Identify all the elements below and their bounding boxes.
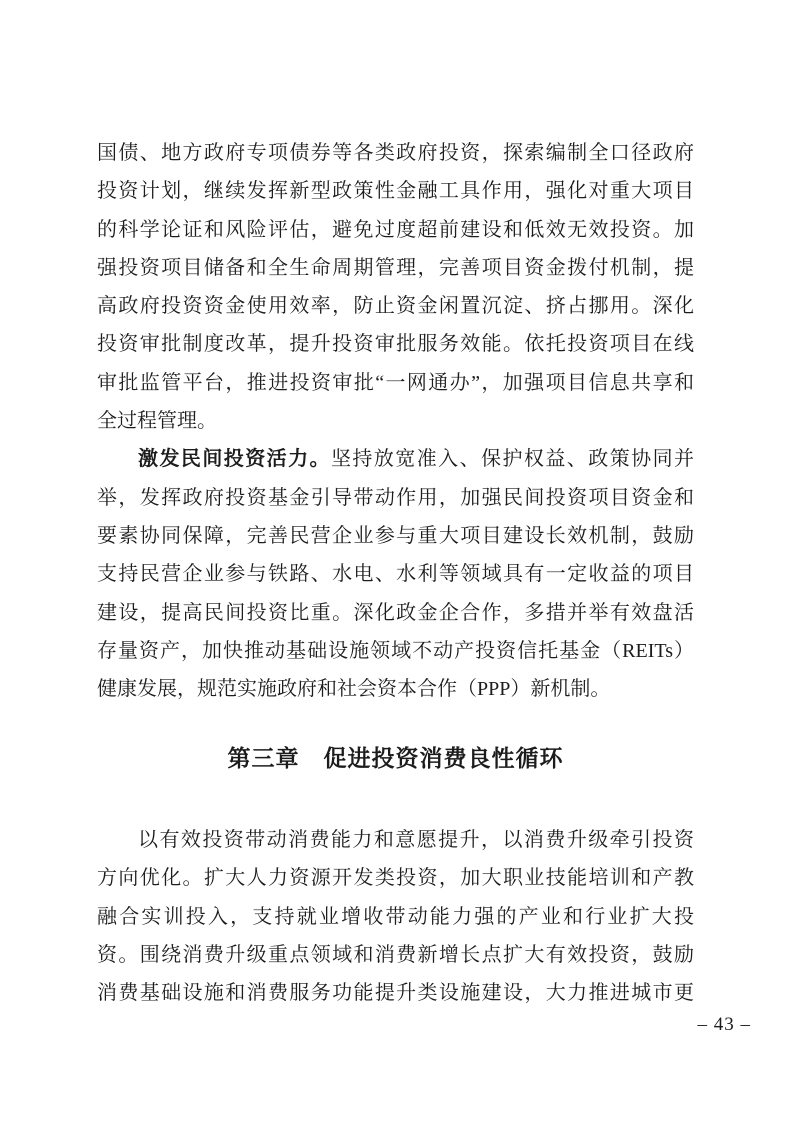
text-line: 方向优化。扩大人力资源开发类投资，加大职业技能培训和产教: [97, 859, 694, 897]
text-line: 的科学论证和风险评估，避免过度超前建设和低效无效投资。加: [97, 211, 694, 249]
document-page: 国债、地方政府专项债券等各类政府投资，探索编制全口径政府 投资计划，继续发挥新型…: [0, 0, 793, 1122]
bold-lead-text: 激发民间投资活力。: [138, 448, 331, 470]
text-line-with-lead: 激发民间投资活力。坚持放宽准入、保护权益、政策协同并: [97, 440, 694, 478]
paragraph-private-investment: 激发民间投资活力。坚持放宽准入、保护权益、政策协同并 举，发挥政府投资基金引导带…: [97, 440, 694, 708]
body-text-upper: 国债、地方政府专项债券等各类政府投资，探索编制全口径政府 投资计划，继续发挥新型…: [97, 134, 694, 708]
text-line: 要素协同保障，完善民营企业参与重大项目建设长效机制，鼓励: [97, 517, 694, 555]
text-line: 投资计划，继续发挥新型政策性金融工具作用，强化对重大项目: [97, 172, 694, 210]
text-line: 消费基础设施和消费服务功能提升类设施建设，大力推进城市更: [97, 974, 694, 1012]
text-line: 资。围绕消费升级重点领域和消费新增长点扩大有效投资，鼓励: [97, 936, 694, 974]
text-line: 以有效投资带动消费能力和意愿提升，以消费升级牵引投资: [97, 821, 694, 859]
text-line: 健康发展，规范实施政府和社会资本合作（PPP）新机制。: [97, 670, 694, 708]
paragraph-government-investment: 国债、地方政府专项债券等各类政府投资，探索编制全口径政府 投资计划，继续发挥新型…: [97, 134, 694, 440]
text-line: 投资审批制度改革，提升投资审批服务效能。依托投资项目在线: [97, 325, 694, 363]
text-line: 支持民营企业参与铁路、水电、水利等领域具有一定收益的项目: [97, 555, 694, 593]
text-line: 高政府投资资金使用效率，防止资金闲置沉淀、挤占挪用。深化: [97, 287, 694, 325]
text-line: 国债、地方政府专项债券等各类政府投资，探索编制全口径政府: [97, 134, 694, 172]
text-line: 存量资产，加快推动基础设施领域不动产投资信托基金（REITs）: [97, 632, 694, 670]
page-number: – 43 –: [698, 1012, 752, 1038]
text-line: 全过程管理。: [97, 402, 694, 440]
text-line: 举，发挥政府投资基金引导带动作用，加强民间投资项目资金和: [97, 479, 694, 517]
paragraph-consumption-cycle: 以有效投资带动消费能力和意愿提升，以消费升级牵引投资 方向优化。扩大人力资源开发…: [97, 821, 694, 1012]
text-line: 融合实训投入，支持就业增收带动能力强的产业和行业扩大投: [97, 898, 694, 936]
text-line: 建设，提高民间投资比重。深化政金企合作，多措并举有效盘活: [97, 594, 694, 632]
text-line: 审批监管平台，推进投资审批“一网通办”，加强项目信息共享和: [97, 364, 694, 402]
body-text-lower: 以有效投资带动消费能力和意愿提升，以消费升级牵引投资 方向优化。扩大人力资源开发…: [97, 821, 694, 1012]
lead-line-rest: 坚持放宽准入、保护权益、政策协同并: [331, 448, 694, 470]
text-line: 强投资项目储备和全生命周期管理，完善项目资金拨付机制，提: [97, 249, 694, 287]
chapter-heading: 第三章 促进投资消费良性循环: [97, 742, 694, 776]
